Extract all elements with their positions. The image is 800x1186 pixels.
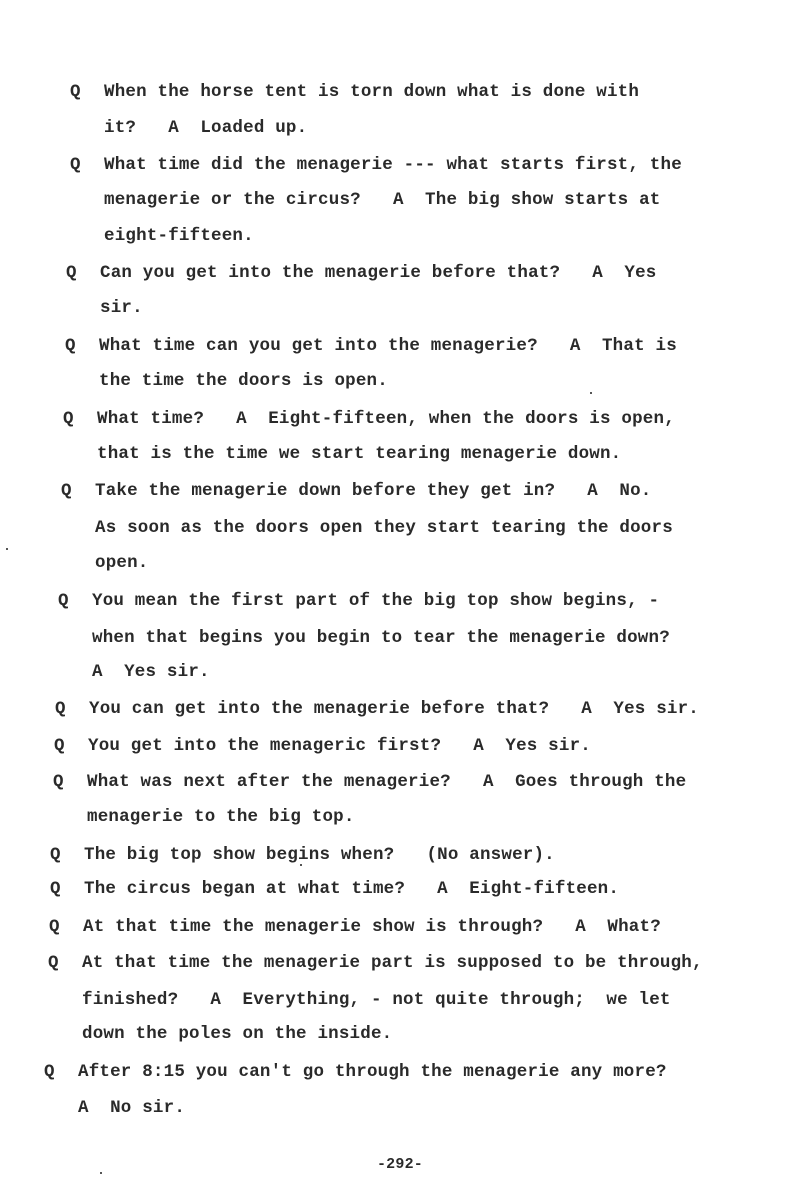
question-text: You get into the menageric first? A Yes … xyxy=(88,736,591,756)
question-text: After 8:15 you can't go through the mena… xyxy=(78,1062,667,1082)
question-text: Can you get into the menagerie before th… xyxy=(100,263,657,283)
continuation-text: down the poles on the inside. xyxy=(82,1024,392,1044)
question-marker: Q xyxy=(70,82,81,102)
question-marker: Q xyxy=(70,155,81,175)
page-number: -292- xyxy=(0,1156,800,1173)
continuation-text: that is the time we start tearing menage… xyxy=(97,444,621,464)
question-text: At that time the menagerie part is suppo… xyxy=(82,953,703,973)
question-text: Take the menagerie down before they get … xyxy=(95,481,652,501)
paper-speck xyxy=(590,392,592,394)
question-marker: Q xyxy=(44,1062,55,1082)
continuation-text: A No sir. xyxy=(78,1098,185,1118)
continuation-text: finished? A Everything, - not quite thro… xyxy=(82,990,671,1010)
continuation-text: menagerie to the big top. xyxy=(87,807,355,827)
question-marker: Q xyxy=(49,917,60,937)
question-text: What time did the menagerie --- what sta… xyxy=(104,155,682,175)
question-marker: Q xyxy=(66,263,77,283)
paper-speck xyxy=(100,1172,102,1174)
question-text: You mean the first part of the big top s… xyxy=(92,591,659,611)
continuation-text: open. xyxy=(95,553,149,573)
question-text: When the horse tent is torn down what is… xyxy=(104,82,639,102)
question-marker: Q xyxy=(63,409,74,429)
question-marker: Q xyxy=(48,953,59,973)
question-marker: Q xyxy=(55,699,66,719)
question-marker: Q xyxy=(54,736,65,756)
question-text: The big top show begins when? (No answer… xyxy=(84,845,555,865)
question-marker: Q xyxy=(50,845,61,865)
question-marker: Q xyxy=(53,772,64,792)
continuation-text: menagerie or the circus? A The big show … xyxy=(104,190,661,210)
continuation-text: it? A Loaded up. xyxy=(104,118,307,138)
paper-speck xyxy=(300,864,302,866)
question-marker: Q xyxy=(58,591,69,611)
continuation-text: sir. xyxy=(100,298,143,318)
question-text: At that time the menagerie show is throu… xyxy=(83,917,661,937)
question-text: What time? A Eight-fifteen, when the doo… xyxy=(97,409,675,429)
continuation-text: As soon as the doors open they start tea… xyxy=(95,518,673,538)
question-text: The circus began at what time? A Eight-f… xyxy=(84,879,619,899)
question-text: What time can you get into the menagerie… xyxy=(99,336,677,356)
transcript-page: QWhen the horse tent is torn down what i… xyxy=(0,0,800,1186)
continuation-text: eight-fifteen. xyxy=(104,226,254,246)
question-marker: Q xyxy=(65,336,76,356)
question-text: What was next after the menagerie? A Goe… xyxy=(87,772,686,792)
continuation-text: the time the doors is open. xyxy=(99,371,388,391)
question-text: You can get into the menagerie before th… xyxy=(89,699,699,719)
continuation-text: A Yes sir. xyxy=(92,662,210,682)
question-marker: Q xyxy=(50,879,61,899)
paper-speck xyxy=(6,548,8,550)
continuation-text: when that begins you begin to tear the m… xyxy=(92,628,670,648)
question-marker: Q xyxy=(61,481,72,501)
